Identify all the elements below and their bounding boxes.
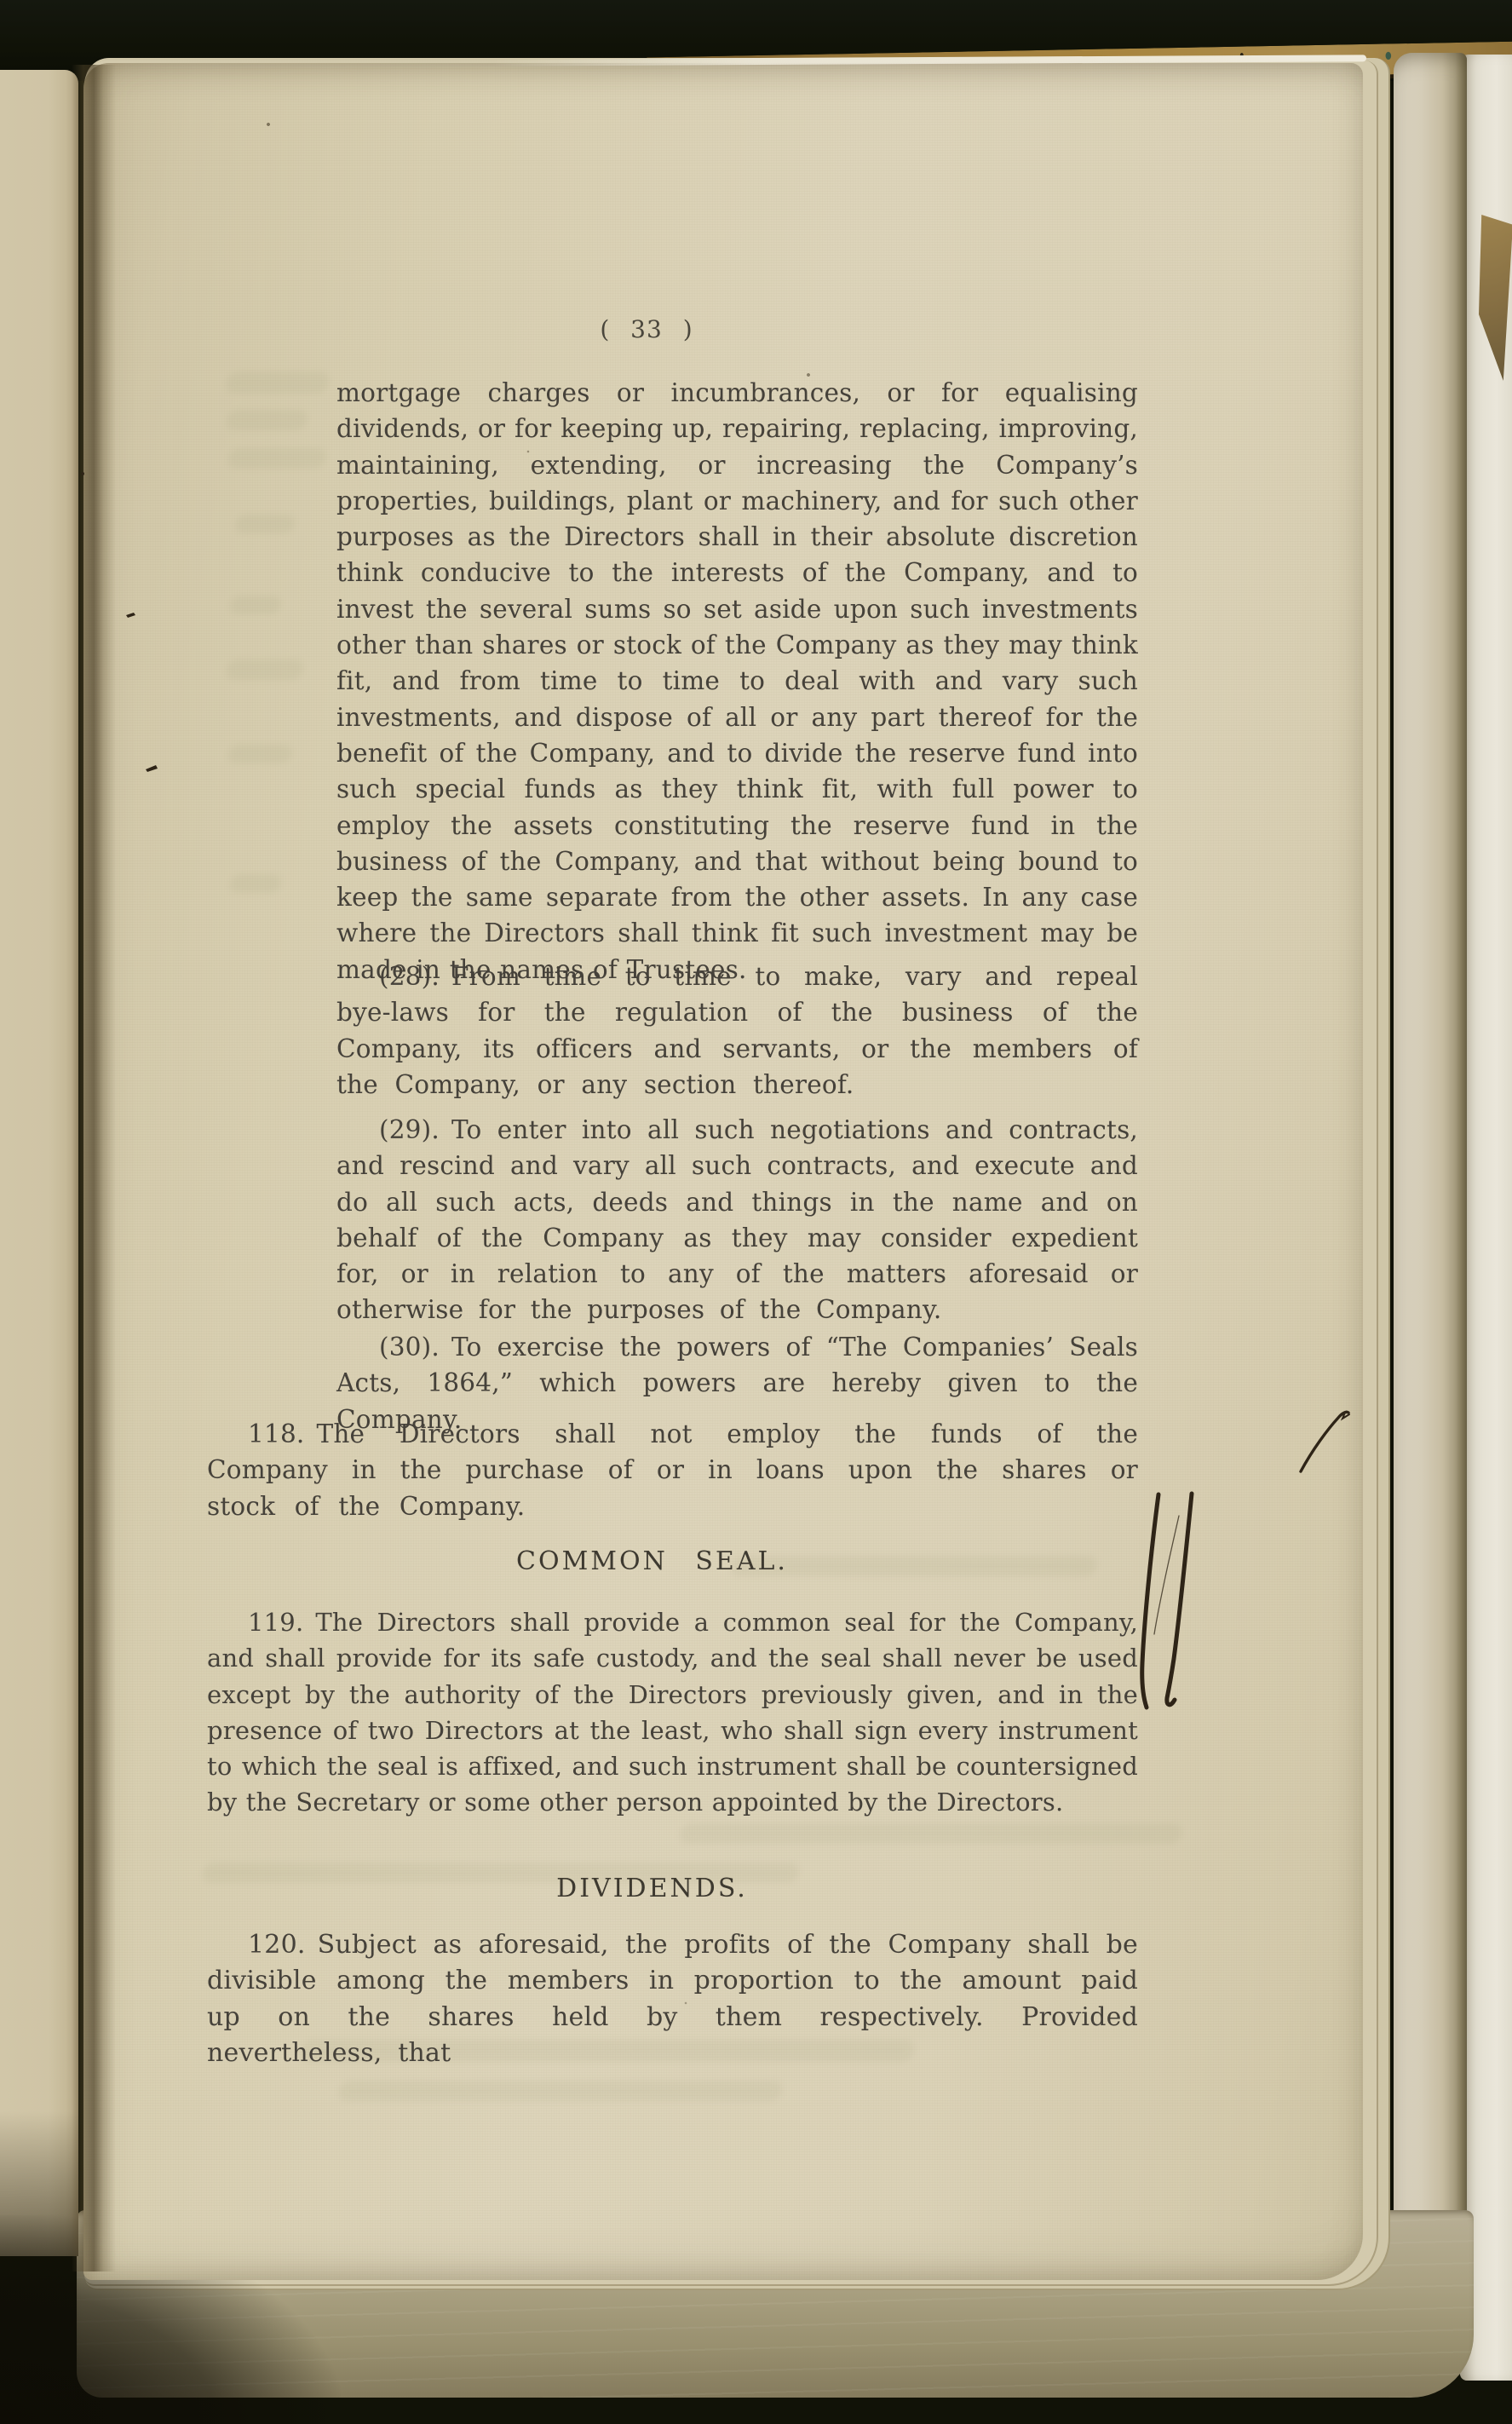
show-through-smudge [225, 371, 331, 394]
clause-29: (29).To enter into all such negotiations… [336, 1112, 1138, 1328]
clause-text: From time to time to make, vary and repe… [336, 962, 1138, 1099]
article-118: 118.The Directors shall not employ the f… [207, 1416, 1138, 1524]
paragraph-continuation: mortgage charges or incumbrances, or for… [336, 375, 1138, 987]
show-through-smudge [225, 659, 304, 680]
show-through-smudge [228, 596, 282, 614]
article-number: 120. [248, 1930, 306, 1960]
page-number: ( 33 ) [181, 315, 1112, 343]
article-119: 119.The Directors shall provide a common… [207, 1604, 1138, 1821]
page: ( 33 ) mortgage charges or incumbrances,… [83, 63, 1363, 2280]
article-number: 118. [248, 1419, 304, 1448]
article-text: The Directors shall not employ the funds… [207, 1419, 1138, 1521]
show-through-smudge [225, 410, 308, 430]
book-photo: ( 33 ) mortgage charges or incumbrances,… [0, 0, 1512, 2424]
article-text: The Directors shall provide a common sea… [207, 1608, 1138, 1817]
article-120: 120.Subject as aforesaid, the profits of… [207, 1927, 1138, 2071]
show-through-smudge [227, 745, 293, 763]
show-through-smudge [227, 448, 327, 469]
underlying-page-edge [1460, 55, 1512, 2381]
show-through-smudge [233, 515, 296, 533]
heading-common-seal: COMMON SEAL. [187, 1546, 1118, 1577]
heading-dividends: DIVIDENDS. [187, 1874, 1118, 1904]
clause-28: (28).From time to time to make, vary and… [336, 959, 1138, 1103]
clause-text: To enter into all such negotiations and … [336, 1115, 1138, 1324]
show-through-smudge [337, 2081, 783, 2101]
show-through-smudge [228, 874, 282, 893]
clause-number: (28). [379, 962, 440, 991]
show-through-smudge [678, 1823, 1183, 1844]
clause-number: (30). [379, 1333, 440, 1362]
article-text: Subject as aforesaid, the profits of the… [207, 1930, 1138, 2068]
page-edge-stack-right [1394, 53, 1467, 2352]
clause-number: (29). [379, 1115, 440, 1144]
article-number: 119. [248, 1608, 303, 1637]
facing-page-sliver [0, 70, 78, 2256]
